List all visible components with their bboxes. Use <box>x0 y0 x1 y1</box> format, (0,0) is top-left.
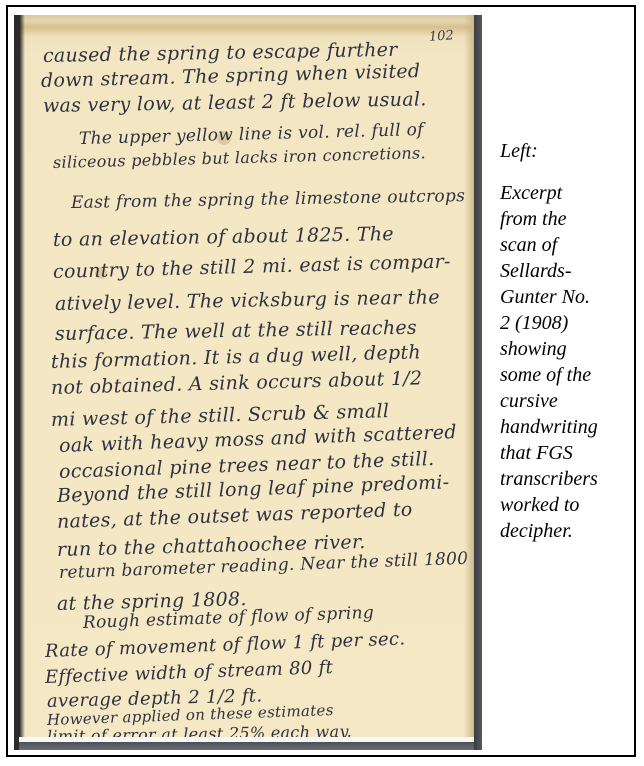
caption-line: Gunter No. <box>500 284 630 310</box>
figure-caption: Left: Excerpt from the scan of Sellards-… <box>500 138 630 544</box>
handwritten-line: was very low, at least 2 ft below usual. <box>43 88 427 117</box>
handwritten-line: Rate of movement of flow 1 ft per sec. <box>45 628 406 662</box>
page-number: 102 <box>429 28 455 45</box>
caption-line: Excerpt <box>500 180 630 206</box>
caption-line: 2 (1908) <box>500 310 630 336</box>
notebook-scan-image: 102 caused the spring to escape further … <box>14 15 482 750</box>
handwritten-line: East from the spring the limestone outcr… <box>71 186 466 213</box>
caption-line: worked to <box>500 492 630 518</box>
handwritten-line: surface. The well at the still reaches <box>55 317 417 345</box>
caption-line: transcribers <box>500 466 630 492</box>
caption-line: scan of <box>500 232 630 258</box>
handwritten-line: not obtained. A sink occurs about 1/2 <box>51 367 423 399</box>
caption-label: Left: <box>500 138 630 164</box>
handwritten-line: Effective width of stream 80 ft <box>45 657 334 688</box>
caption-line: cursive <box>500 388 630 414</box>
caption-line: showing <box>500 336 630 362</box>
handwritten-line: country to the still 2 mi. east is compa… <box>53 251 451 283</box>
caption-line: decipher. <box>500 518 630 544</box>
handwritten-line: to an elevation of about 1825. The <box>53 223 394 251</box>
caption-body: Excerpt from the scan of Sellards- Gunte… <box>500 180 630 544</box>
caption-line: that FGS <box>500 440 630 466</box>
caption-line: some of the <box>500 362 630 388</box>
caption-line: from the <box>500 206 630 232</box>
caption-line: handwriting <box>500 414 630 440</box>
scan-right-edge <box>474 15 482 750</box>
handwritten-line: atively level. The vicksburg is near the <box>55 286 440 315</box>
caption-line: Sellards- <box>500 258 630 284</box>
scan-bottom-shadow <box>19 742 482 750</box>
notebook-page: 102 caused the spring to escape further … <box>19 15 474 737</box>
